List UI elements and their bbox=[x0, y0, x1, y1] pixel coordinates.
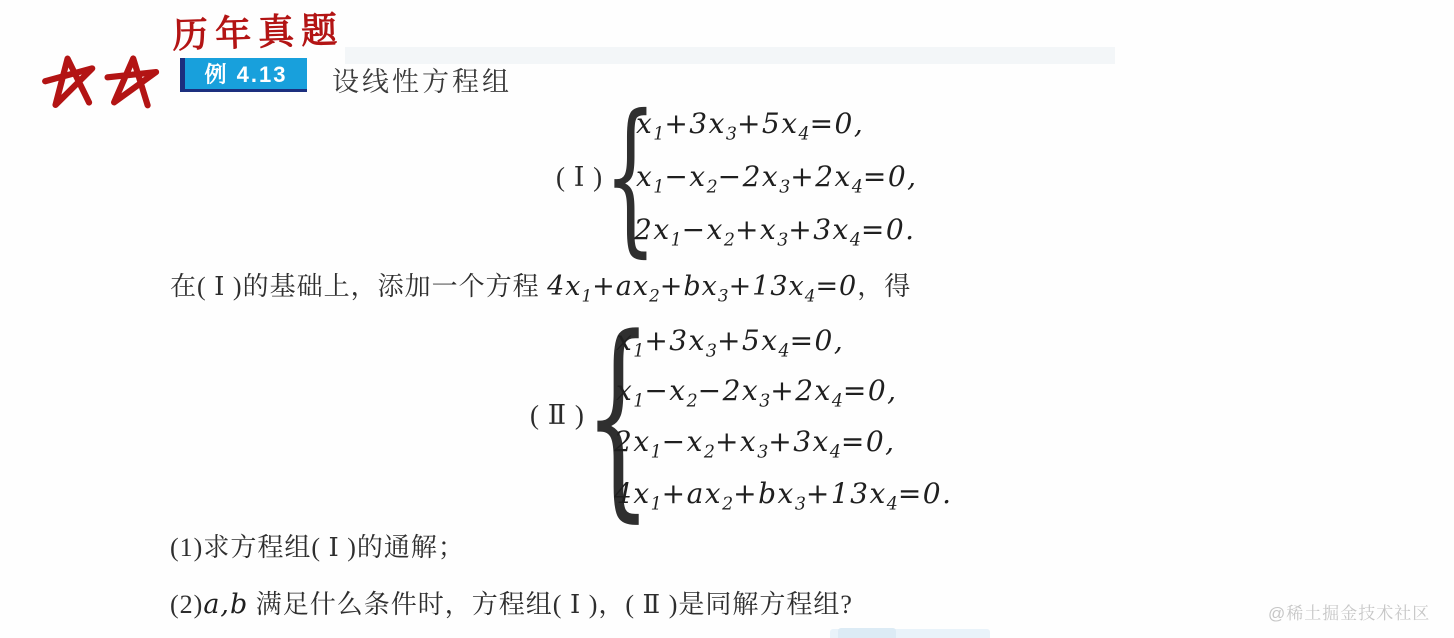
equation-line: x1+3x3+5x4=0, bbox=[636, 107, 864, 140]
question-2-number: (2) bbox=[170, 590, 203, 619]
equation-line: x1+3x3+5x4=0, bbox=[616, 324, 844, 357]
system2-label: ( Ⅱ ) bbox=[530, 400, 585, 431]
star-doodle-icon bbox=[42, 50, 98, 120]
middle-sentence: 在( Ⅰ )的基础上，添加一个方程 4x1+ax2+bx3+13x4=0，得 bbox=[170, 266, 911, 303]
equation-line: x1−x2−2x3+2x4=0, bbox=[636, 160, 918, 193]
star-doodle-icon bbox=[104, 50, 160, 120]
equation-line: x1−x2−2x3+2x4=0, bbox=[616, 374, 898, 407]
textbook-page: 历年真题 例 4.13 设线性方程组 ( Ⅰ ) { x1+3x3+5x4=0,… bbox=[0, 0, 1454, 638]
page-title: 设线性方程组 bbox=[332, 60, 512, 99]
middle-sentence-prefix: 在( Ⅰ )的基础上，添加一个方程 bbox=[170, 272, 547, 301]
example-badge: 例 4.13 bbox=[180, 58, 307, 92]
equation-line: 2x1−x2+x3+3x4=0. bbox=[634, 213, 916, 246]
question-2: (2)a,b 满足什么条件时，方程组( Ⅰ )，( Ⅱ )是同解方程组? bbox=[170, 584, 853, 621]
equation-line: 2x1−x2+x3+3x4=0, bbox=[614, 425, 896, 458]
question-1: (1)求方程组( Ⅰ )的通解； bbox=[170, 527, 465, 564]
next-line-blue-sliver-dark bbox=[838, 628, 896, 638]
importance-stars bbox=[42, 50, 162, 120]
question-2-text: 满足什么条件时，方程组( Ⅰ )，( Ⅱ )是同解方程组? bbox=[248, 590, 853, 619]
equation-line: 4x1+ax2+bx3+13x4=0. bbox=[614, 477, 953, 510]
middle-sentence-suffix: ，得 bbox=[857, 272, 911, 301]
watermark: @稀土掘金技术社区 bbox=[1268, 599, 1430, 624]
system1-label: ( Ⅰ ) bbox=[556, 162, 603, 193]
question-2-variables: a,b bbox=[203, 589, 248, 620]
